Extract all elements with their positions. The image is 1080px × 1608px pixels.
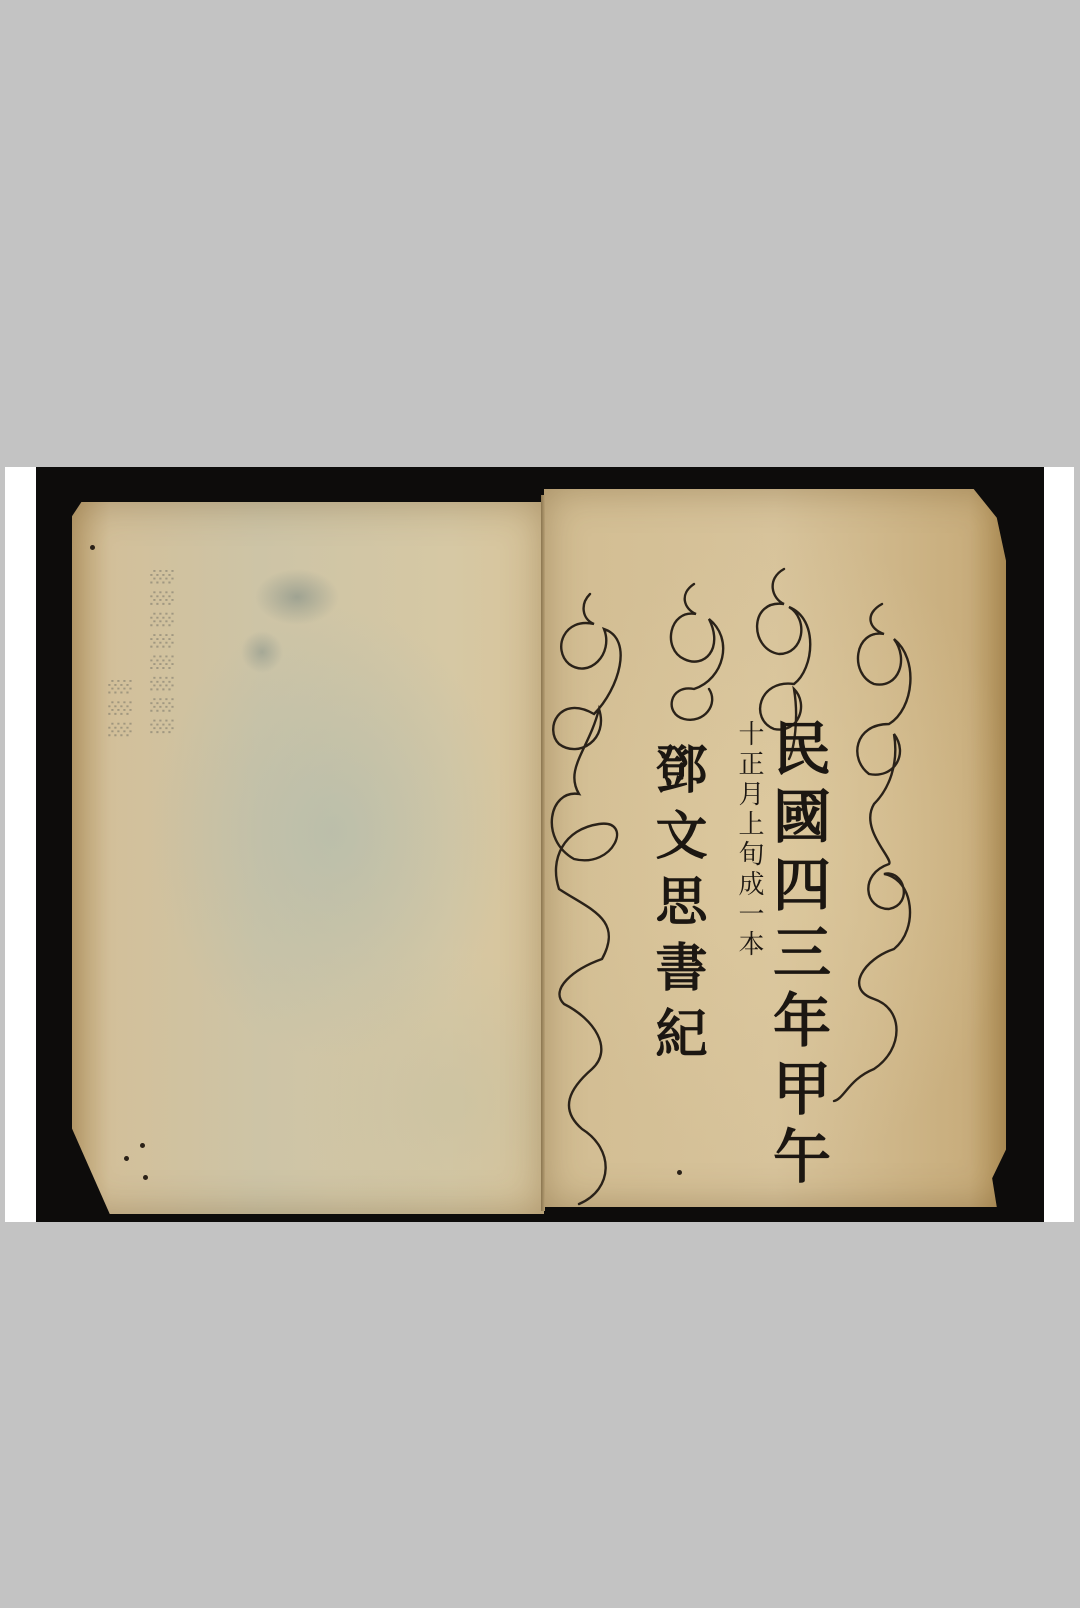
ink-speck — [140, 1143, 145, 1148]
ink-speck — [143, 1175, 148, 1180]
date-annotation-column: 十正月上旬成一本 — [736, 720, 762, 960]
author-signature-column: 鄧文思書紀 — [650, 742, 702, 1072]
bleed-through-text-2: ░░░ — [108, 680, 132, 820]
left-page — [72, 502, 544, 1214]
ink-speck — [90, 545, 95, 550]
bleed-through-text-1: ░░░░░░░░ — [150, 570, 174, 990]
date-heading-column: 民國四三年甲午 — [768, 718, 826, 1194]
ink-speck — [124, 1156, 129, 1161]
ink-speck — [677, 1170, 682, 1175]
